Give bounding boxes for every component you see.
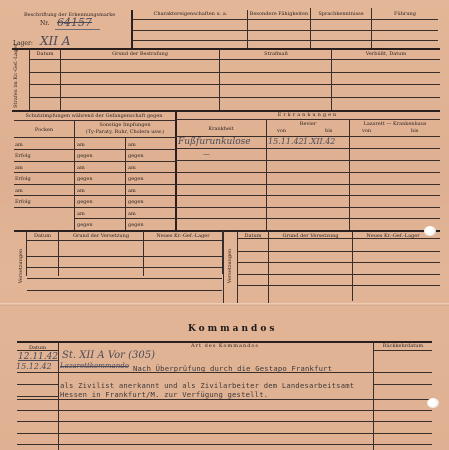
revier-bis-label: bis bbox=[325, 128, 332, 134]
rule bbox=[14, 184, 176, 185]
rule bbox=[14, 137, 176, 138]
kommando-art-3: als Zivilist anerkannt und als Zivilarbe… bbox=[60, 381, 354, 390]
sonstige-am: am bbox=[128, 188, 136, 194]
strafen-col-grund: Grund der Bestrafung bbox=[61, 51, 219, 57]
rule bbox=[176, 172, 440, 173]
erkrankungen-title: Erkrankungen bbox=[176, 112, 440, 118]
rule bbox=[30, 72, 440, 73]
impf-title: Schutzimpfungen während der Gefangenscha… bbox=[14, 113, 174, 119]
erk-col-lazarett: Lazarett — Krankenhaus bbox=[350, 121, 440, 127]
divider bbox=[237, 231, 238, 303]
rule bbox=[27, 290, 222, 291]
rule bbox=[176, 119, 440, 120]
rule bbox=[374, 350, 432, 351]
rule bbox=[238, 274, 440, 275]
rule bbox=[27, 278, 222, 279]
sonstige-am: am bbox=[128, 165, 136, 171]
strafen-col-verbuesst: Verbüßt, Datum bbox=[332, 51, 440, 57]
erk-revier-von-1: 15.11.42. bbox=[268, 137, 306, 146]
rule bbox=[17, 444, 432, 445]
divider bbox=[131, 10, 133, 48]
punch-hole bbox=[424, 226, 436, 236]
sonstige-gegen: gegen bbox=[128, 199, 144, 205]
divider bbox=[223, 231, 224, 303]
header-sprachen: Sprachkenntnisse bbox=[311, 11, 371, 17]
pocken-am: am bbox=[15, 165, 23, 171]
kommando-datum-2: 15.12.42 bbox=[16, 362, 52, 371]
vers-left-col-grund: Grund der Versetzung bbox=[59, 233, 143, 239]
erk-krankheit-1: Fußfurunkulose bbox=[178, 137, 251, 147]
rule bbox=[238, 238, 440, 239]
vers-left-col-lager: Neues Kr.-Gef.-Lager bbox=[144, 233, 222, 239]
rule bbox=[17, 372, 432, 373]
rule bbox=[30, 59, 440, 60]
impf-col-sonstige-sub: (Ty-Paraty, Ruhr, Cholera usw.) bbox=[75, 129, 175, 135]
sonstige-am: am bbox=[128, 211, 136, 217]
sonstige-am: am bbox=[77, 165, 85, 171]
rule bbox=[132, 30, 438, 31]
rule bbox=[176, 207, 440, 208]
divider bbox=[268, 231, 269, 303]
pocken-erfolg: Erfolg bbox=[15, 153, 31, 159]
fold-crease bbox=[0, 303, 449, 306]
nr-underline bbox=[55, 29, 100, 30]
erk-col-krankheit: Krankheit bbox=[176, 126, 266, 132]
rule bbox=[176, 184, 440, 185]
header-charakter: Charaktereigenschaften u. a. bbox=[134, 11, 247, 17]
sonstige-am: am bbox=[128, 142, 136, 148]
rule bbox=[374, 384, 432, 385]
sonstige-gegen: gegen bbox=[128, 153, 144, 159]
rule bbox=[74, 218, 176, 219]
impf-col-sonstige: Sonstige Impfungen bbox=[75, 122, 175, 128]
sonstige-gegen: gegen bbox=[77, 153, 93, 159]
sonstige-am: am bbox=[77, 188, 85, 194]
sonstige-gegen: gegen bbox=[77, 199, 93, 205]
rule bbox=[132, 19, 438, 20]
versetzungen-side-label-right: Versetzungen bbox=[227, 241, 233, 291]
kommando-art-4: Hessen in Frankfurt/M. zur Verfügung ges… bbox=[60, 390, 268, 399]
vers-left-col-datum: Datum bbox=[27, 233, 58, 239]
rule bbox=[14, 195, 176, 196]
rule bbox=[17, 384, 58, 385]
rule bbox=[14, 161, 176, 162]
rule bbox=[27, 256, 222, 257]
rule bbox=[238, 262, 440, 263]
pocken-erfolg: Erfolg bbox=[15, 176, 31, 182]
kommandos-title: Kommandos bbox=[188, 324, 277, 334]
rule bbox=[27, 267, 222, 268]
rule bbox=[30, 97, 440, 98]
erk-col-revier: Revier bbox=[267, 121, 349, 127]
rule bbox=[14, 172, 176, 173]
revier-von-label: von bbox=[277, 128, 286, 134]
pocken-erfolg: Erfolg bbox=[15, 199, 31, 205]
kommandos-col-rueckkehr: Rückkehrdatum bbox=[374, 343, 432, 349]
sonstige-gegen: gegen bbox=[128, 222, 144, 228]
rule bbox=[14, 120, 176, 121]
sonstige-am: am bbox=[77, 142, 85, 148]
sonstige-gegen: gegen bbox=[128, 176, 144, 182]
lazarett-von-label: von bbox=[362, 128, 371, 134]
strafen-side-label: Strafen im Kr.-Gef.-Lager bbox=[13, 48, 19, 108]
versetzungen-side-label-left: Versetzungen bbox=[18, 241, 24, 291]
rule bbox=[30, 84, 440, 85]
rule bbox=[17, 410, 432, 411]
rule bbox=[176, 195, 440, 196]
sonstige-am: am bbox=[77, 211, 85, 217]
kommandos-col-art: Art des Kommandos bbox=[170, 343, 280, 349]
rule bbox=[176, 218, 440, 219]
strafen-col-strafmass: Strafmaß bbox=[220, 51, 332, 57]
punch-hole bbox=[427, 398, 439, 408]
kommando-struck-text: Lazarettkommando bbox=[60, 362, 129, 370]
rule bbox=[238, 251, 440, 252]
rule bbox=[176, 160, 440, 161]
sonstige-gegen: gegen bbox=[77, 222, 93, 228]
strafen-col-datum: Datum bbox=[30, 51, 60, 57]
rule bbox=[14, 230, 440, 232]
rule bbox=[12, 48, 440, 50]
rule bbox=[14, 149, 176, 150]
kommando-art-1: St. XII A Vor (305) bbox=[62, 350, 155, 361]
kommando-datum-1: 12.11.42 bbox=[18, 352, 58, 362]
rule bbox=[132, 40, 438, 41]
rule bbox=[17, 350, 58, 351]
rule bbox=[27, 240, 222, 241]
rule bbox=[17, 399, 432, 400]
header-fuehrung: Führung bbox=[372, 11, 438, 17]
rule bbox=[176, 148, 440, 149]
divider bbox=[352, 231, 353, 301]
nr-value: 64157 bbox=[57, 16, 92, 29]
rule bbox=[238, 285, 440, 286]
lazarett-bis-label: bis bbox=[411, 128, 418, 134]
rule bbox=[17, 433, 432, 434]
pocken-am: am bbox=[15, 142, 23, 148]
rule bbox=[14, 207, 176, 208]
impf-col-pocken: Pocken bbox=[14, 127, 74, 133]
nr-label: Nr. bbox=[40, 21, 49, 27]
header-faehigkeiten: Besondere Fähigkeiten bbox=[248, 11, 310, 17]
rule bbox=[17, 421, 432, 422]
lager-value: XII A bbox=[40, 34, 71, 48]
sonstige-gegen: gegen bbox=[77, 176, 93, 182]
erk-krankheit-2: — bbox=[203, 150, 210, 158]
rule bbox=[17, 396, 58, 397]
pocken-am: am bbox=[15, 188, 23, 194]
erk-revier-bis-1: 1.XII.42 bbox=[303, 137, 335, 146]
